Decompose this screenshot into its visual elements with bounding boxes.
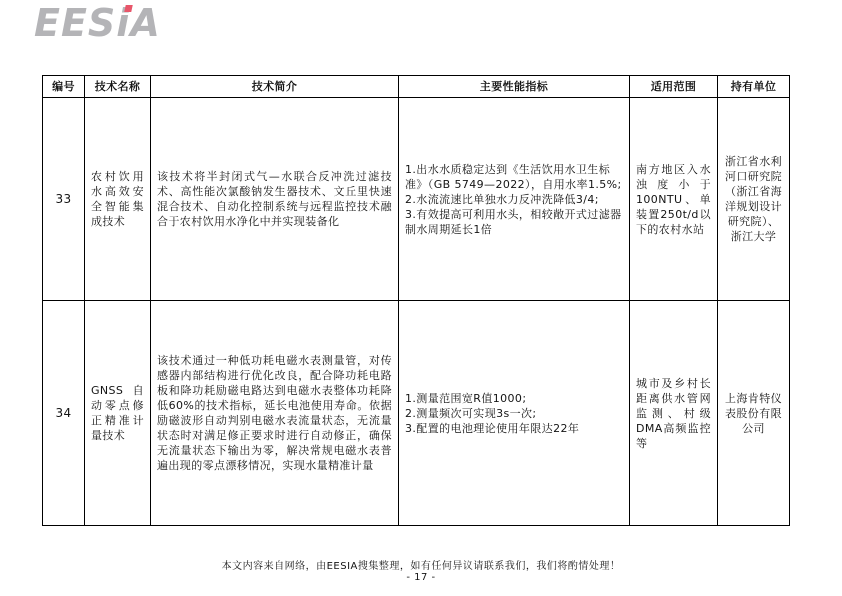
cell-tech-intro: 该技术通过一种低功耗电磁水表测量管，对传感器内部结构进行优化改良，配合降功耗电路… <box>151 301 399 526</box>
header-tech-name: 技术名称 <box>85 76 151 98</box>
cell-performance: 1.测量范围宽R值1000; 2.测量频次可实现3s一次; 3.配置的电池理论使… <box>399 301 630 526</box>
header-tech-intro: 技术简介 <box>151 76 399 98</box>
table-row-34: 34 GNSS 自动零点修正精准计量技术 该技术通过一种低功耗电磁水表测量管，对… <box>43 301 790 526</box>
header-number: 编号 <box>43 76 85 98</box>
cell-tech-intro: 该技术将半封闭式气—水联合反冲洗过滤技术、高性能次氯酸钠发生器技术、文丘里快速混… <box>151 98 399 301</box>
cell-holder: 浙江省水利河口研究院（浙江省海洋规划设计研究院）、浙江大学 <box>718 98 790 301</box>
document-page: EESiA 编号 技术名称 技术简介 主要性能指标 适用范围 持有单位 33 农… <box>0 0 842 596</box>
cell-number: 33 <box>43 98 85 301</box>
cell-tech-name: 农村饮用水高效安全智能集成技术 <box>85 98 151 301</box>
logo-letter-i-red-dot: i <box>116 4 130 42</box>
cell-scope: 南方地区入水浊度小于100NTU、单装置250t/d以下的农村水站 <box>630 98 718 301</box>
footer-page-number: - 17 - <box>0 572 842 583</box>
cell-tech-name: GNSS 自动零点修正精准计量技术 <box>85 301 151 526</box>
logo-text-suffix: A <box>130 1 160 45</box>
cell-performance: 1.出水水质稳定达到《生活饮用水卫生标准》（GB 5749—2022），自用水率… <box>399 98 630 301</box>
table-header-row: 编号 技术名称 技术简介 主要性能指标 适用范围 持有单位 <box>43 76 790 98</box>
footer-disclaimer: 本文内容来自网络，由EESIA搜集整理，如有任何异议请联系我们，我们将酌情处理！ <box>0 557 842 572</box>
cell-number: 34 <box>43 301 85 526</box>
header-performance: 主要性能指标 <box>399 76 630 98</box>
eesia-logo: EESiA <box>34 4 161 42</box>
header-holder: 持有单位 <box>718 76 790 98</box>
technology-table: 编号 技术名称 技术简介 主要性能指标 适用范围 持有单位 33 农村饮用水高效… <box>42 75 790 526</box>
header-scope: 适用范围 <box>630 76 718 98</box>
logo-text-prefix: EES <box>34 1 116 45</box>
table-row-33: 33 农村饮用水高效安全智能集成技术 该技术将半封闭式气—水联合反冲洗过滤技术、… <box>43 98 790 301</box>
cell-scope: 城市及乡村长距离供水管网监测、村级DMA高频监控等 <box>630 301 718 526</box>
cell-holder: 上海肯特仪表股份有限公司 <box>718 301 790 526</box>
